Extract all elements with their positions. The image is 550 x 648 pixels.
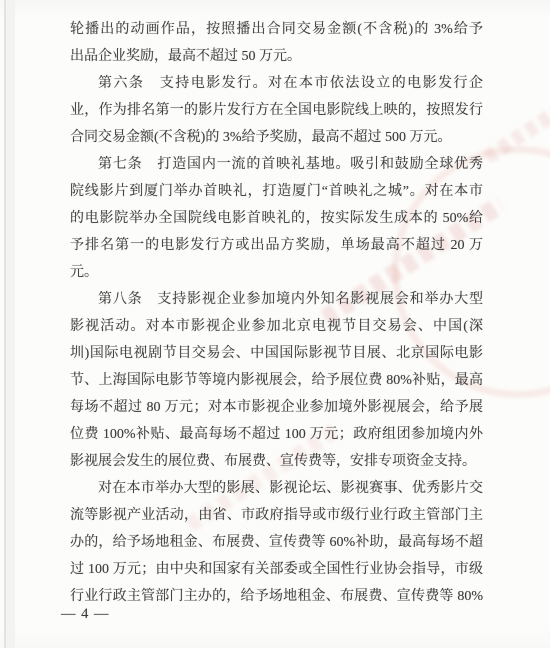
page-left-edge-band — [6, 0, 15, 648]
text-line: 圳)国际电视剧节目交易会、中国国际影视节目展、北京国际电影 — [70, 340, 483, 367]
text-line: 予排名第一的电影发行方或出品方奖励，单场最高不超过 20 万 — [70, 232, 483, 259]
watermark-text-smudge — [483, 91, 550, 163]
text-line: 流等影视产业活动，由省、市政府指导或市级行业行政主管部门主 — [70, 502, 483, 529]
scanned-document-page: 轮播出的动画作品，按照播出合同交易金额(不含税)的 3%给予 出品企业奖励，最高… — [0, 0, 550, 648]
text-line: 行业行政主管部门主办的，给予场地租金、布展费、宣传费等 80% — [70, 583, 483, 610]
text-line: 节、上海国际电影节等境内影视展会，给予展位费 80%补贴，最高 — [70, 367, 483, 394]
text-line: 合同交易金额(不含税)的 3%给予奖励，最高不超过 500 万元。 — [70, 124, 483, 151]
article-8-heading-line: 第八条 支持影视企业参加境内外知名影视展会和举办大型 — [70, 286, 483, 313]
article-6-heading-line: 第六条 支持电影发行。对在本市依法设立的电影发行企 — [70, 70, 483, 97]
document-body: 轮播出的动画作品，按照播出合同交易金额(不含税)的 3%给予 出品企业奖励，最高… — [70, 16, 483, 610]
text-line: 出品企业奖励，最高不超过 50 万元。 — [70, 43, 483, 70]
text-line: 过 100 万元；由中央和国家有关部委或全国性行业协会指导，市级 — [70, 556, 483, 583]
text-line: 业，作为排名第一的影片发行方在全国电影院线上映的，按照发行 — [70, 97, 483, 124]
text-line: 办的，给予场地租金、布展费、宣传费等 60%补助，最高每场不超 — [70, 529, 483, 556]
text-line: 元。 — [70, 259, 483, 286]
text-line: 位费 100%补贴、最高每场不超过 100 万元；政府组团参加境内外 — [70, 421, 483, 448]
text-line: 影视活动。对本市影视企业参加北京电视节目交易会、中国(深 — [70, 313, 483, 340]
text-line: 院线影片到厦门举办首映礼，打造厦门“首映礼之城”。对在本市 — [70, 178, 483, 205]
article-7-heading-line: 第七条 打造国内一流的首映礼基地。吸引和鼓励全球优秀 — [70, 151, 483, 178]
text-line: 影视展会发生的展位费、布展费、宣传费等，安排专项资金支持。 — [70, 448, 483, 475]
page-number: — 4 — — [61, 602, 110, 626]
text-line: 的电影院举办全国院线电影首映礼的，按实际发生成本的 50%给 — [70, 205, 483, 232]
paragraph-start-line: 对在本市举办大型的影展、影视论坛、影视赛事、优秀影片交 — [70, 475, 483, 502]
text-line: 轮播出的动画作品，按照播出合同交易金额(不含税)的 3%给予 — [70, 16, 483, 43]
text-line: 每场不超过 80 万元；对本市影视企业参加境外影视展会，给予展 — [70, 394, 483, 421]
